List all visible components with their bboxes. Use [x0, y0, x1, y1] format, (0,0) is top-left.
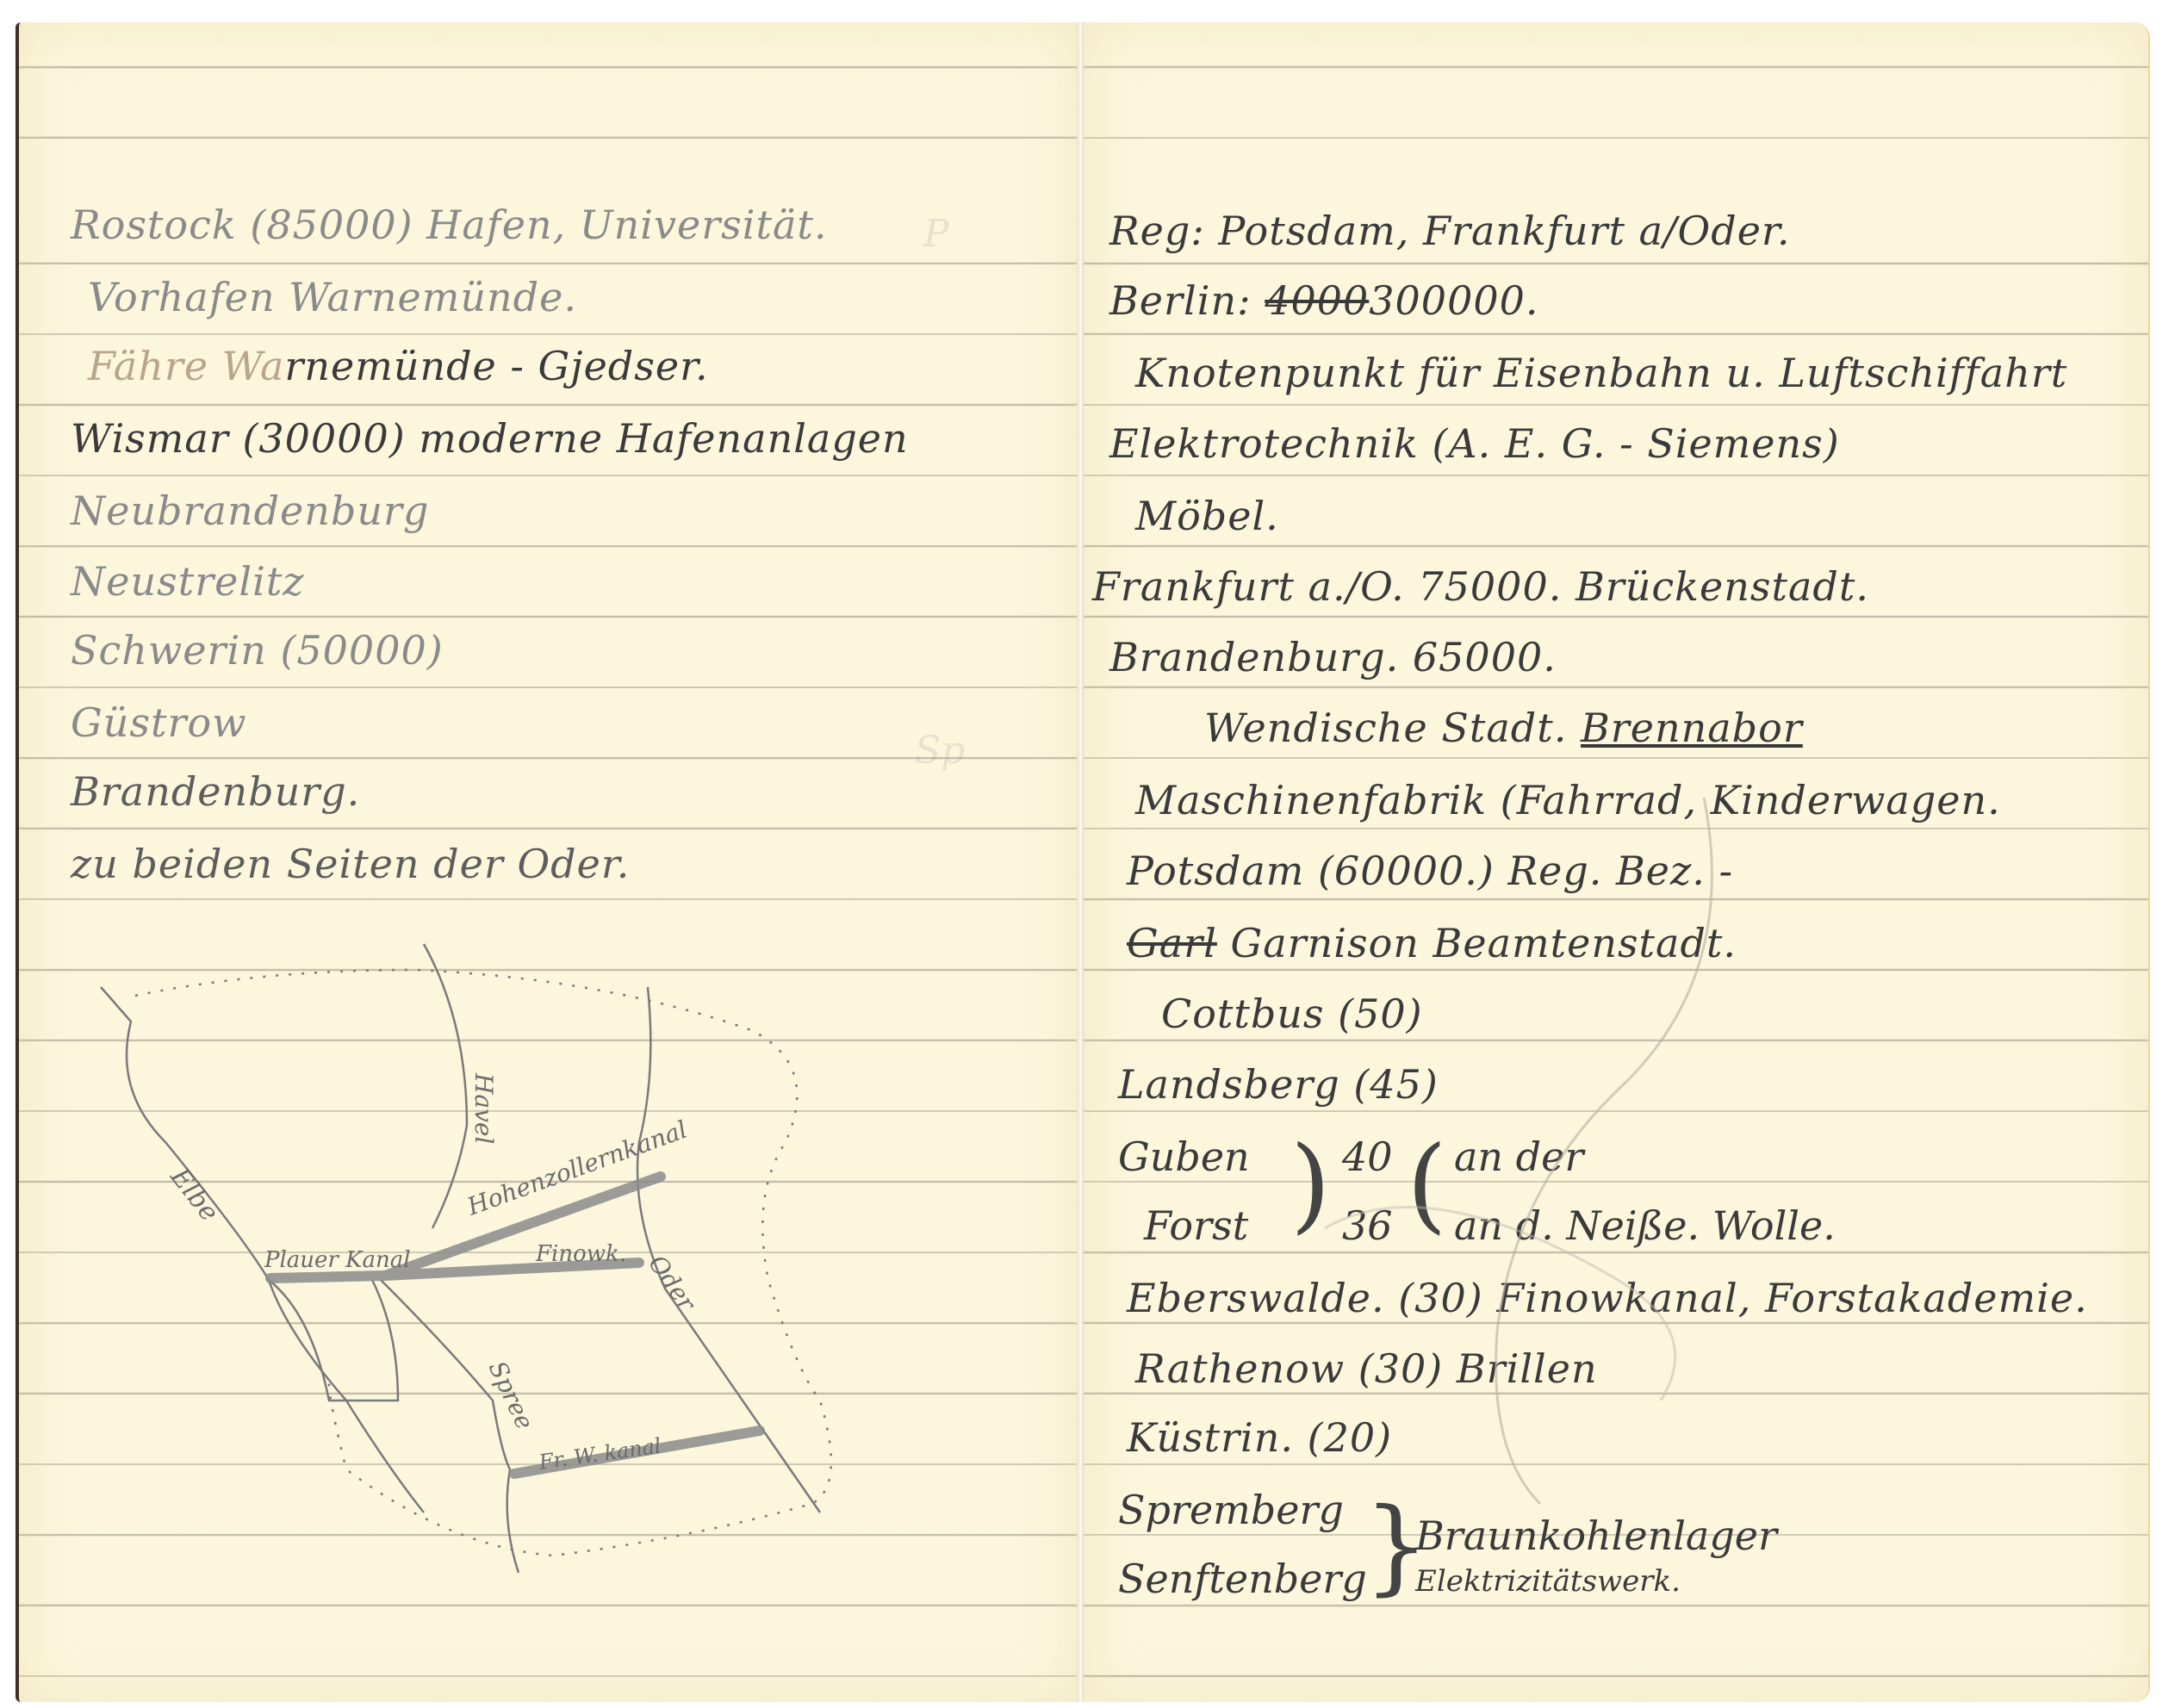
- label-oder: Oder: [643, 1250, 702, 1317]
- note-line: Neustrelitz: [71, 558, 305, 605]
- faint-pencil-arc: [1256, 798, 1945, 1659]
- label-spree: Spree: [483, 1357, 539, 1434]
- left-page: P Sp Rostock (85000) Hafen, Universität.…: [16, 22, 1080, 1702]
- note-line: Wismar (30000) moderne Hafenanlagen: [71, 415, 909, 462]
- struck-text: Garl: [1127, 920, 1217, 966]
- notebook-spread: P Sp Rostock (85000) Hafen, Universität.…: [16, 22, 2153, 1702]
- waterways-sketch: Elbe Havel Plauer Kanal Hohenzollernkana…: [88, 918, 906, 1573]
- city-name: Forst: [1144, 1202, 1248, 1249]
- note-line: Reg: Potsdam, Frankfurt a/Oder.: [1109, 208, 1790, 254]
- note-line: Elektrotechnik (A. E. G. - Siemens): [1109, 420, 1840, 467]
- label-finowkanal: Finowk.: [535, 1241, 626, 1267]
- note-line: Vorhafen Warnemünde.: [88, 274, 577, 320]
- note-line: Neubrandenburg: [71, 488, 429, 534]
- struck-text: 4000: [1265, 277, 1369, 324]
- note-line: Berlin: 4000300000.: [1109, 277, 1539, 324]
- note-line: Fähre Warnemünde - Gjedser.: [88, 343, 709, 389]
- sketch-map: Elbe Havel Plauer Kanal Hohenzollernkana…: [88, 918, 906, 1573]
- note-text: Wendische Stadt.: [1204, 705, 1581, 751]
- label-plauer-kanal: Plauer Kanal: [264, 1247, 411, 1273]
- note-line: Brandenburg. 65000.: [1109, 634, 1557, 680]
- city-name: Guben: [1118, 1133, 1250, 1180]
- right-page: Reg: Potsdam, Frankfurt a/Oder. Berlin: …: [1084, 22, 2150, 1702]
- note-line: Schwerin (50000): [71, 627, 444, 674]
- note-line: Rostock (85000) Hafen, Universität.: [71, 202, 828, 248]
- note-line: Güstrow: [71, 699, 247, 746]
- faint-prefix: Fähre Wa: [88, 343, 284, 389]
- underlined-text: Brennabor: [1581, 705, 1803, 751]
- note-line: Knotenpunkt für Eisenbahn u. Luftschiffa…: [1135, 350, 2067, 396]
- label-elbe: Elbe: [164, 1162, 224, 1227]
- note-line: zu beiden Seiten der Oder.: [71, 841, 630, 887]
- note-line: Brandenburg.: [71, 768, 360, 815]
- note-line: Möbel.: [1135, 493, 1279, 539]
- label-havel: Havel: [469, 1072, 498, 1144]
- note-text: 300000.: [1369, 277, 1538, 324]
- note-label: Berlin:: [1109, 277, 1265, 324]
- note-text: rnemünde - Gjedser.: [284, 343, 708, 389]
- label-fr-w-kanal: Fr. W. kanal: [537, 1433, 662, 1475]
- note-line: Frankfurt a./O. 75000. Brückenstadt.: [1092, 563, 1869, 610]
- note-line: Wendische Stadt. Brennabor: [1204, 705, 1803, 751]
